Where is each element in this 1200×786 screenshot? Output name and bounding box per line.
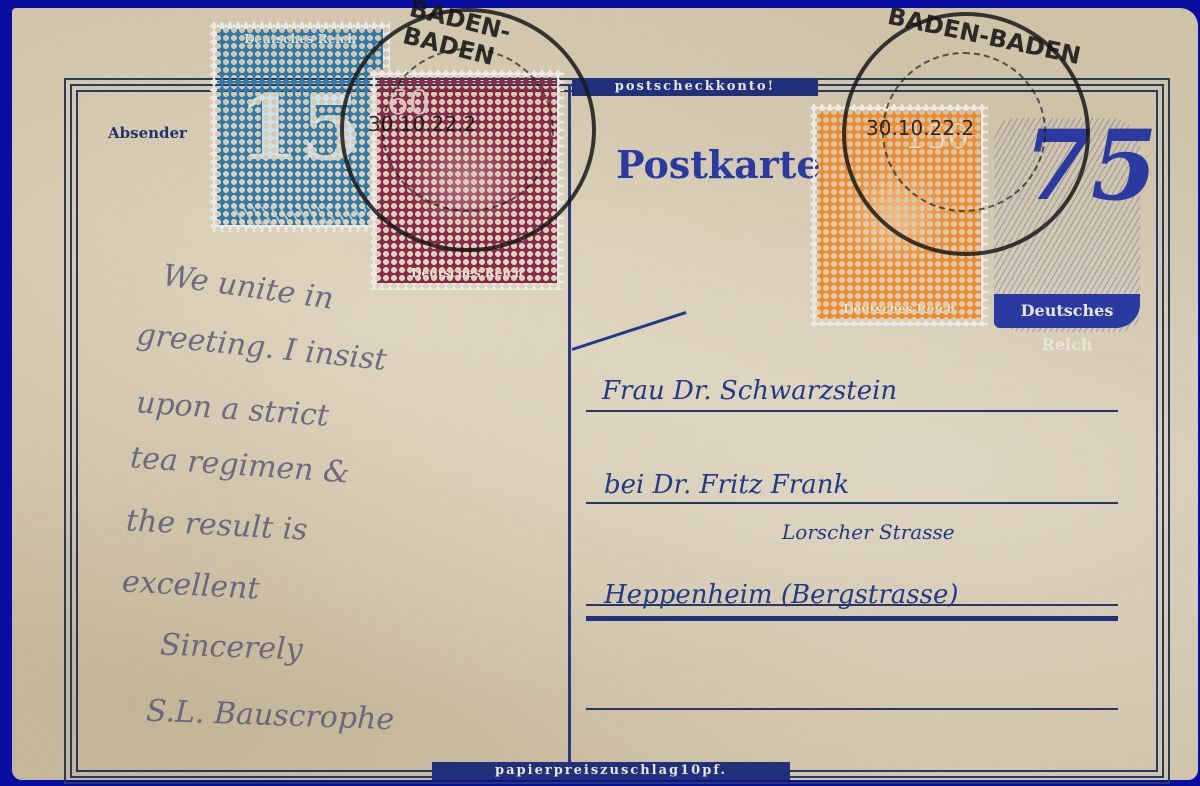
postscheckkonto-banner: postscheckkonto! <box>572 78 818 96</box>
address-line-2 <box>586 502 1118 504</box>
indicia-country: Deutsches Reich <box>994 294 1140 328</box>
papierpreiszuschlag-banner: papierpreiszuschlag10pf. <box>432 762 790 780</box>
postmark-date: 30.10.22.2 <box>368 112 476 136</box>
stamp-country: Deutsches Reich <box>244 29 356 49</box>
postmark-date: 30.10.22.2 <box>866 116 974 140</box>
address-underline-thick <box>586 616 1118 621</box>
address-line-1 <box>586 410 1118 412</box>
card-title: Postkarte <box>616 142 821 187</box>
stamp-ornament <box>234 207 367 225</box>
address-line-4 <box>586 708 1118 710</box>
postmark-left: BADEN-BADEN 30.10.22.2 <box>340 8 596 252</box>
address-care-of: bei Dr. Fritz Frank <box>604 470 849 500</box>
postcard: postscheckkonto! papierpreiszuschlag10pf… <box>12 8 1198 780</box>
address-city: Heppenheim (Bergstrasse) <box>604 580 959 610</box>
postmark-right: BADEN-BADEN 30.10.22.2 <box>842 12 1090 256</box>
message-line-6: excellent <box>121 564 260 606</box>
sender-label: Absender <box>108 124 187 142</box>
message-line-7: Sincerely <box>159 628 303 668</box>
address-recipient: Frau Dr. Schwarzstein <box>602 376 897 406</box>
address-street: Lorscher Strasse <box>782 520 955 544</box>
stamp-country: Deutsches Reich <box>411 263 523 283</box>
stamp-country: Deutsches Reich <box>843 299 955 319</box>
